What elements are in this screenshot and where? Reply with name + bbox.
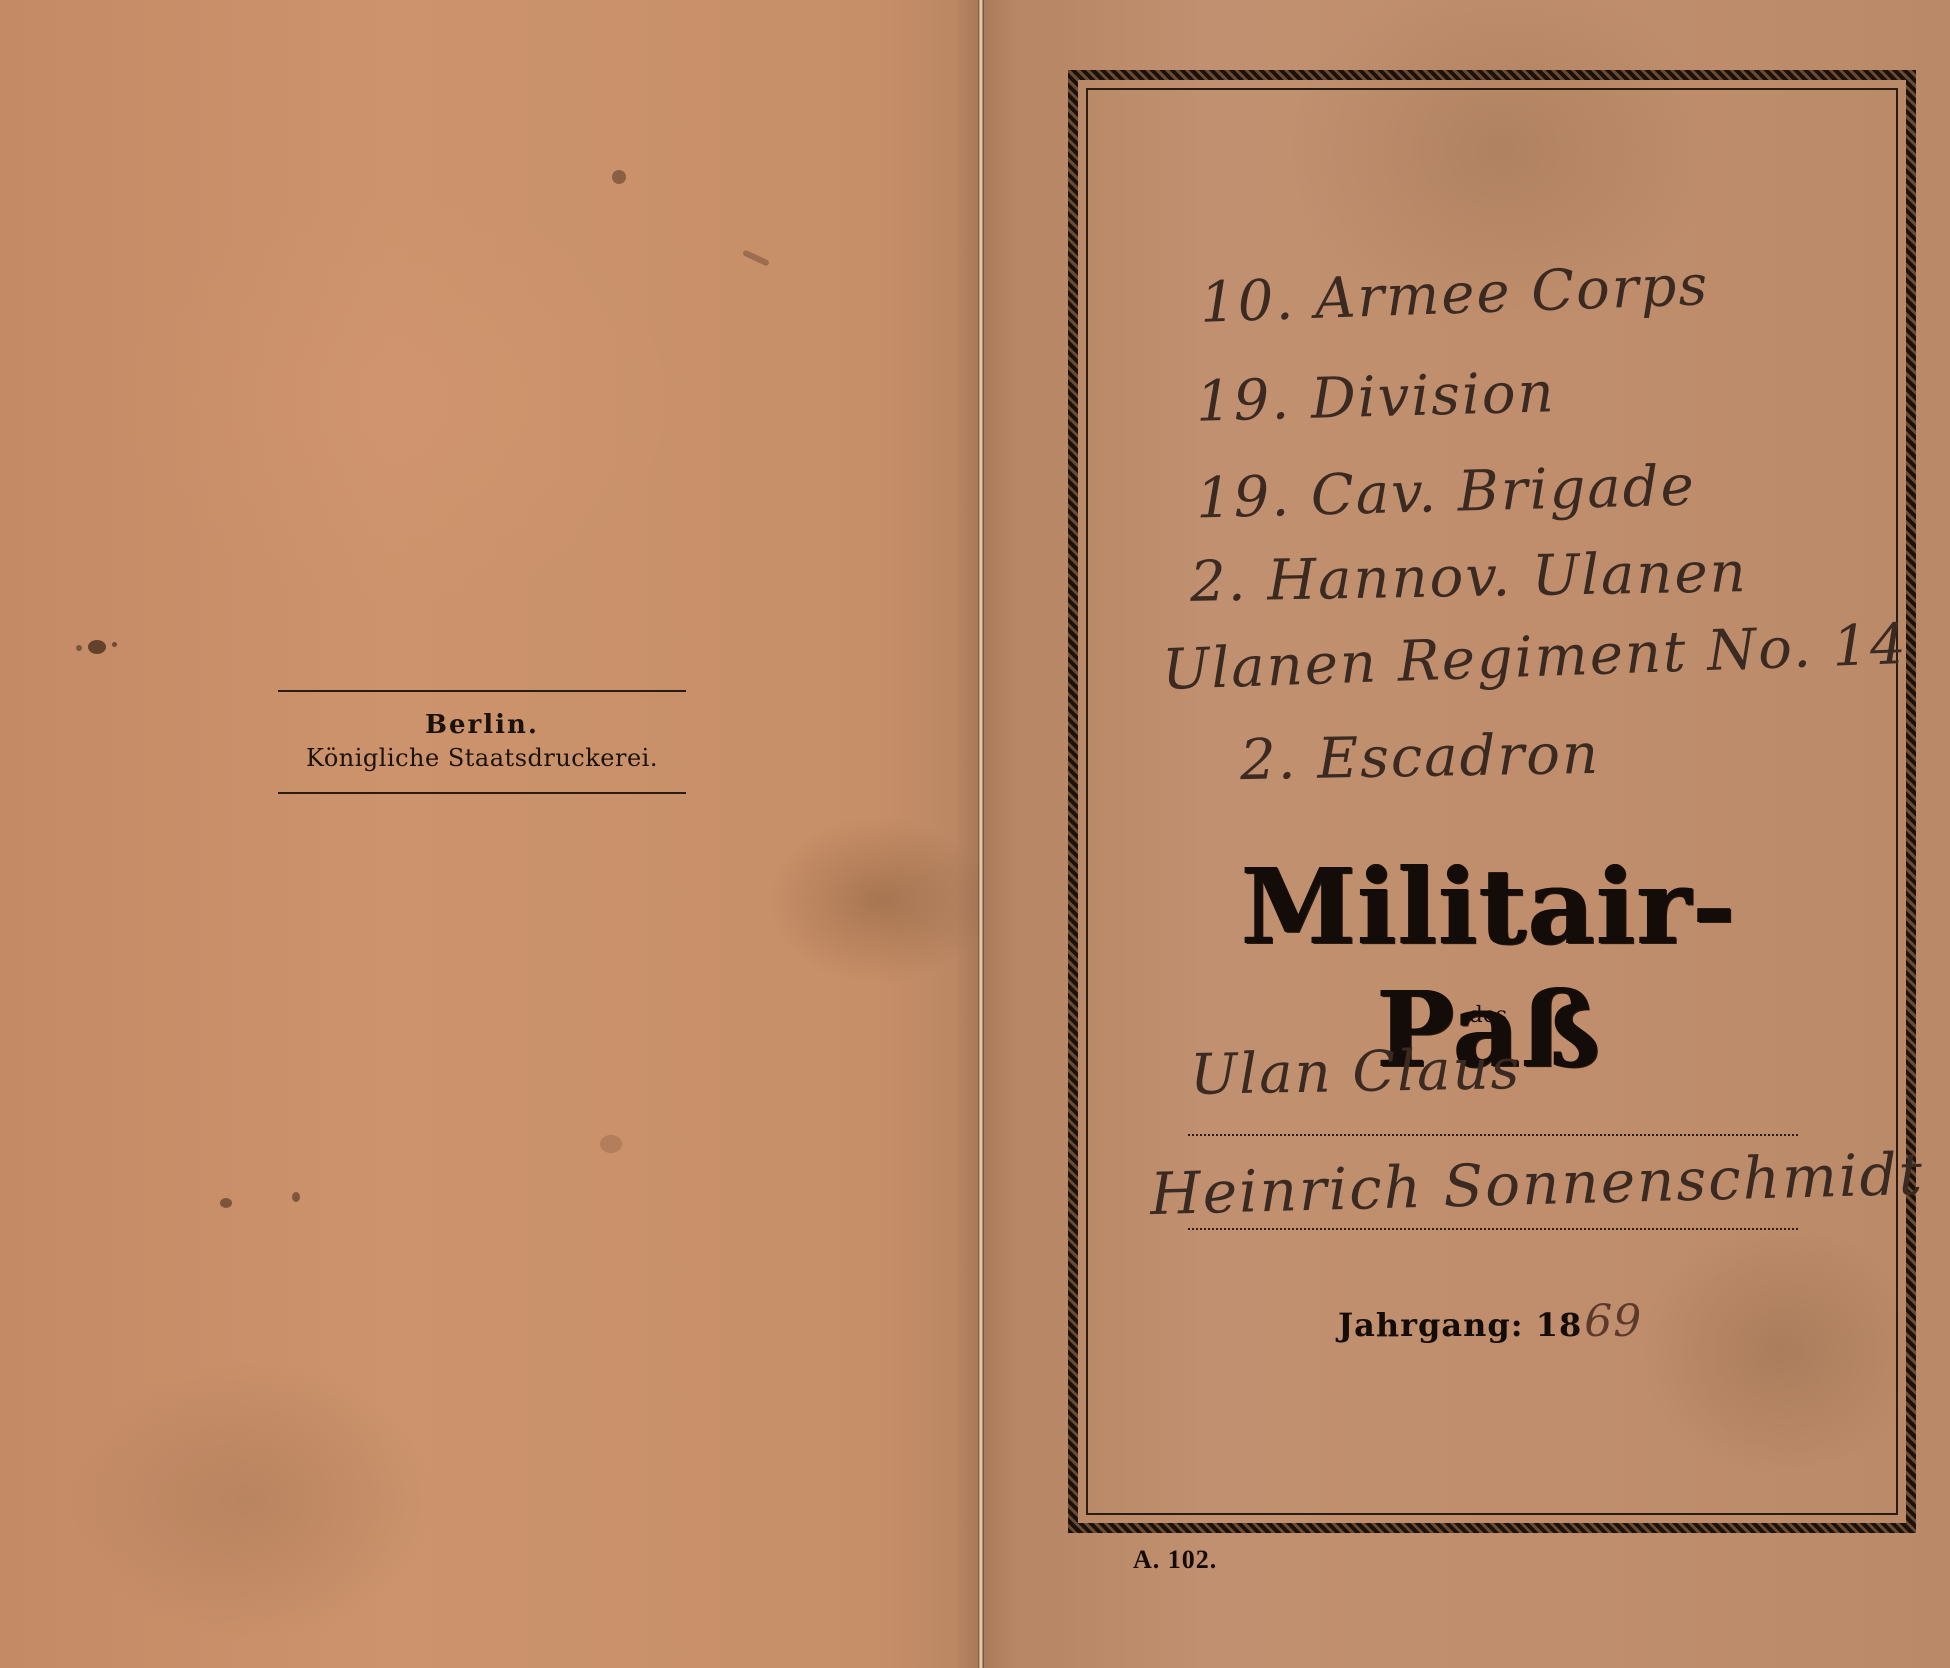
name-line-1 bbox=[1188, 1134, 1798, 1136]
handwritten-unit-squadron: 2. Escadron bbox=[1239, 722, 1600, 793]
scratch-mark bbox=[742, 249, 770, 266]
imprint-printer: Königliche Staatsdruckerei. bbox=[278, 744, 686, 772]
ink-spot bbox=[88, 640, 106, 654]
ink-spot bbox=[76, 645, 82, 651]
form-number: A. 102. bbox=[1133, 1545, 1217, 1575]
back-cover: Berlin. Königliche Staatsdruckerei. bbox=[0, 0, 975, 1668]
jahrgang-field: Jahrgang: 1869 bbox=[1338, 1296, 1642, 1347]
jahrgang-label: Jahrgang: bbox=[1338, 1306, 1524, 1344]
title-preposition: des bbox=[1168, 1003, 1808, 1028]
jahrgang-printed-prefix: 18 bbox=[1536, 1306, 1583, 1344]
handwritten-unit-brigade: 19. Cav. Brigade bbox=[1195, 453, 1696, 531]
ink-spot bbox=[220, 1198, 232, 1208]
jahrgang-handwritten-suffix: 69 bbox=[1584, 1296, 1642, 1347]
handwritten-unit-regiment-1: 2. Hannov. Ulanen bbox=[1189, 540, 1748, 615]
ink-spot bbox=[612, 170, 626, 184]
printer-imprint: Berlin. Königliche Staatsdruckerei. bbox=[278, 690, 686, 794]
ink-spot bbox=[292, 1192, 300, 1202]
name-line-2 bbox=[1188, 1228, 1798, 1230]
ink-spot bbox=[112, 642, 117, 647]
imprint-top-rule bbox=[278, 690, 686, 692]
holder-rank-name: Ulan Claus bbox=[1189, 1037, 1521, 1108]
handwritten-unit-division: 19. Division bbox=[1195, 360, 1556, 434]
document-spread: Berlin. Königliche Staatsdruckerei. 10. … bbox=[0, 0, 1950, 1668]
stain bbox=[600, 1135, 622, 1153]
imprint-city: Berlin. bbox=[278, 710, 686, 740]
imprint-bottom-rule bbox=[278, 792, 686, 794]
